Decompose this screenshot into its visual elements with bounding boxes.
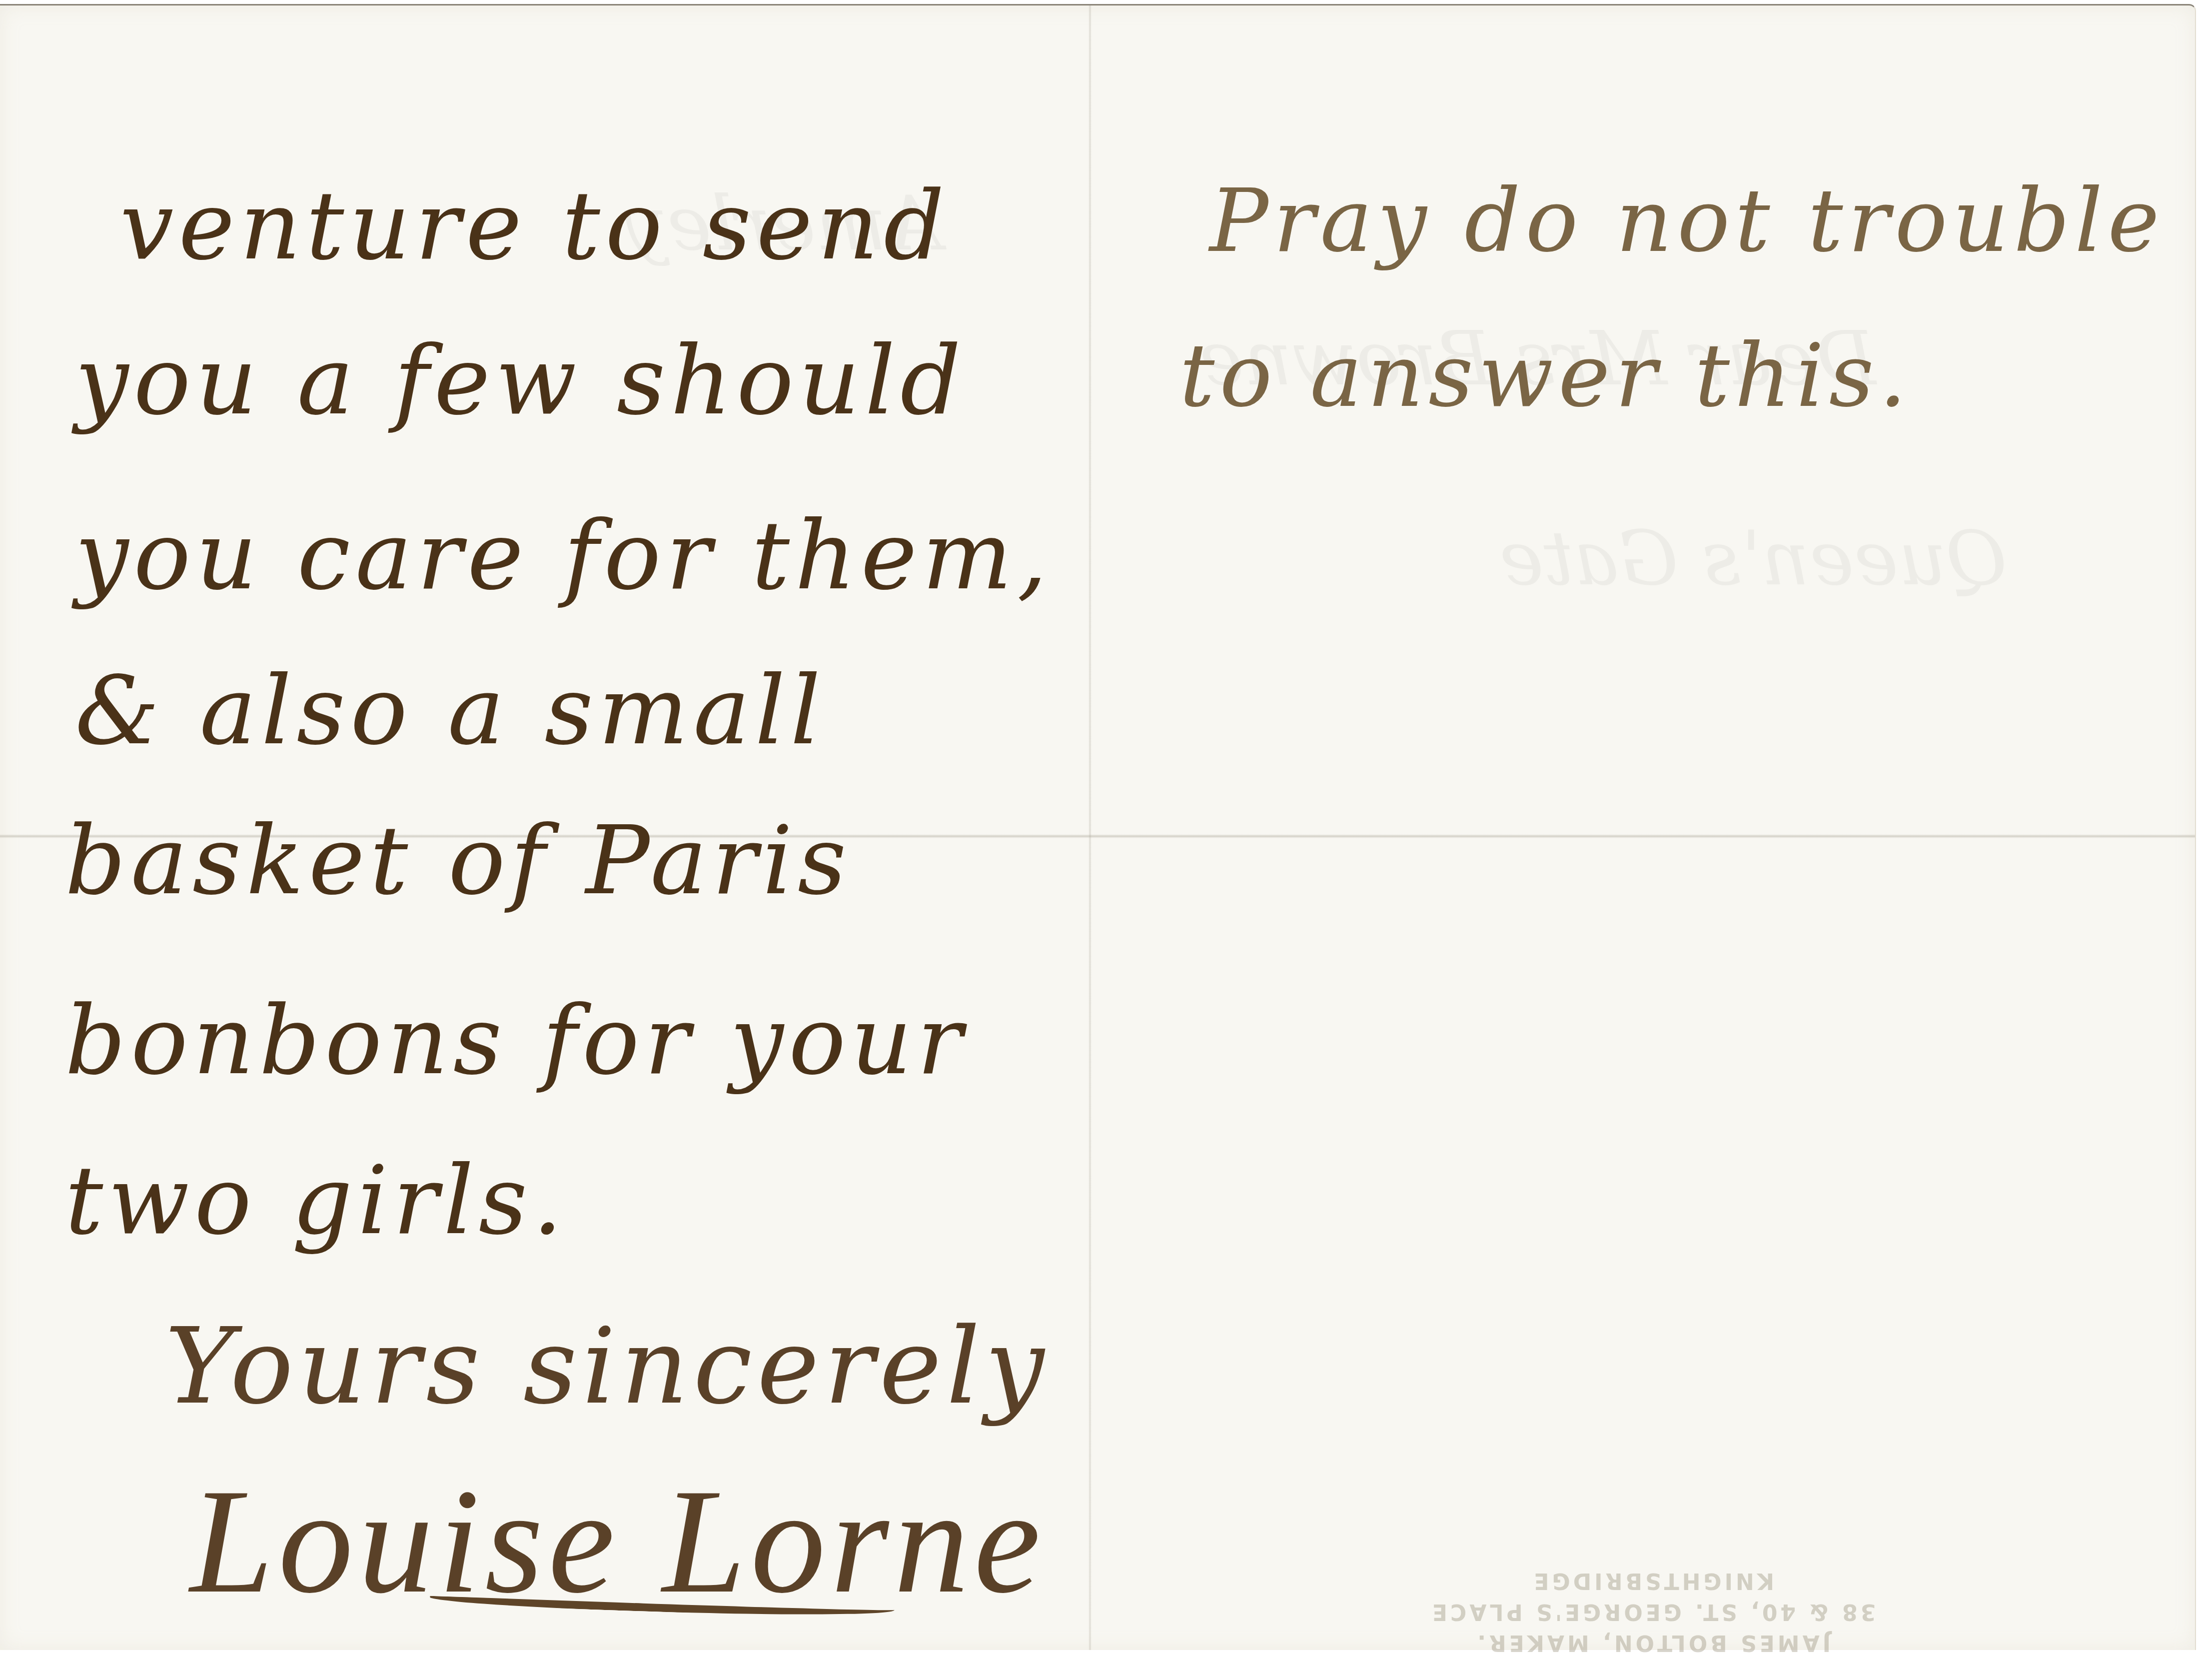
letter-line: you a few should [75,325,966,436]
emboss-line: JAMES BOLTON, MAKER. [1429,1627,1876,1658]
emboss-line: KNIGHTSBRIDGE [1429,1565,1876,1596]
letter-line: to answer this. [1179,325,1912,427]
embossed-stationer-stamp: JAMES BOLTON, MAKER. 38 & 40, ST. GEORGE… [1429,1565,1876,1658]
closing-salutation: Yours sincerely [165,1305,1050,1428]
bleed-through-text: Queen's Gate [1499,515,2008,602]
letter-line: bonbons for your [65,985,968,1096]
letter-line: two girls. [65,1145,568,1256]
letter-line: basket of Paris [65,805,852,916]
letter-line: & also a small [75,655,826,766]
letter-line: venture to send [120,170,950,281]
letter-paper: Amerley Dear Mrs Browne Queen's Gate ven… [0,4,2196,1650]
letter-line: you care for them, [75,500,1053,611]
emboss-line: 38 & 40, ST. GEORGE'S PLACE [1429,1596,1876,1627]
vertical-fold-crease [1089,5,1092,1650]
letter-line: Pray do not trouble [1209,170,2165,272]
